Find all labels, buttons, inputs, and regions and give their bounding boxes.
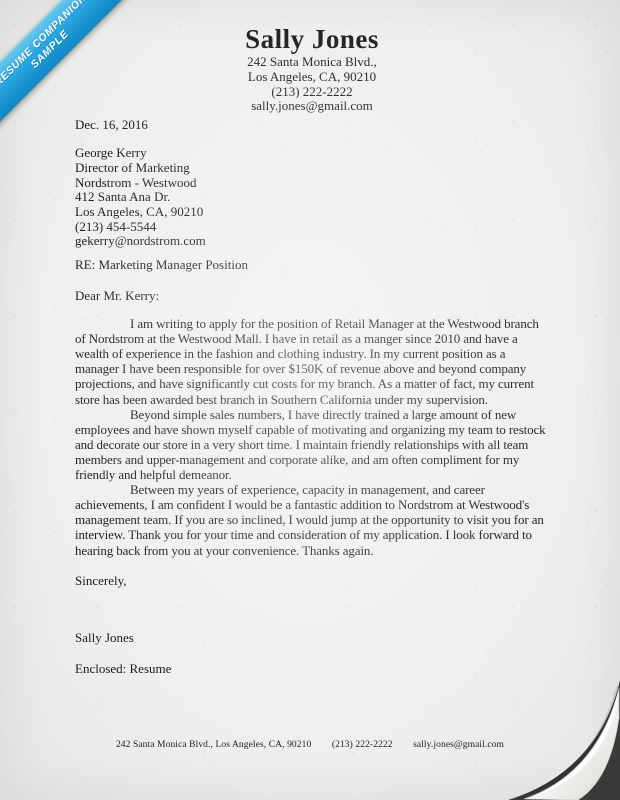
sender-phone: (213) 222-2222 [75,85,549,100]
salutation: Dear Mr. Kerry: [75,288,549,303]
recipient-email: gekerry@nordstrom.com [75,234,549,249]
letter-content: Sally Jones 242 Santa Monica Blvd., Los … [75,0,549,677]
recipient-title: Director of Marketing [75,161,549,176]
sender-header: Sally Jones 242 Santa Monica Blvd., Los … [75,0,549,114]
date-line: Dec. 16, 2016 [75,117,549,132]
page-curl [480,650,620,800]
body-paragraph: I am writing to apply for the position o… [75,316,549,407]
footer-address: 242 Santa Monica Blvd., Los Angeles, CA,… [116,740,311,750]
sender-address-line: Los Angeles, CA, 90210 [75,70,549,85]
signature-name: Sally Jones [75,630,549,646]
body-paragraph: Beyond simple sales numbers, I have dire… [75,407,549,482]
recipient-block: George Kerry Director of Marketing Nords… [75,146,549,249]
recipient-name: George Kerry [75,146,549,161]
sender-email: sally.jones@gmail.com [75,99,549,114]
footer-phone: (213) 222-2222 [332,740,393,750]
re-line: RE: Marketing Manager Position [75,257,549,272]
recipient-company: Nordstrom - Westwood [75,176,549,191]
recipient-street: 412 Santa Ana Dr. [75,190,549,205]
sender-address-line: 242 Santa Monica Blvd., [75,55,549,70]
letter-body: I am writing to apply for the position o… [75,316,549,558]
closing: Sincerely, [75,573,549,589]
letter-page: RESUME COMPANION SAMPLE Sally Jones 242 … [0,0,620,800]
recipient-phone: (213) 454-5544 [75,220,549,235]
enclosure-note: Enclosed: Resume [75,661,549,677]
sender-name: Sally Jones [75,24,549,55]
body-paragraph: Between my years of experience, capacity… [75,482,549,557]
recipient-city: Los Angeles, CA, 90210 [75,205,549,220]
